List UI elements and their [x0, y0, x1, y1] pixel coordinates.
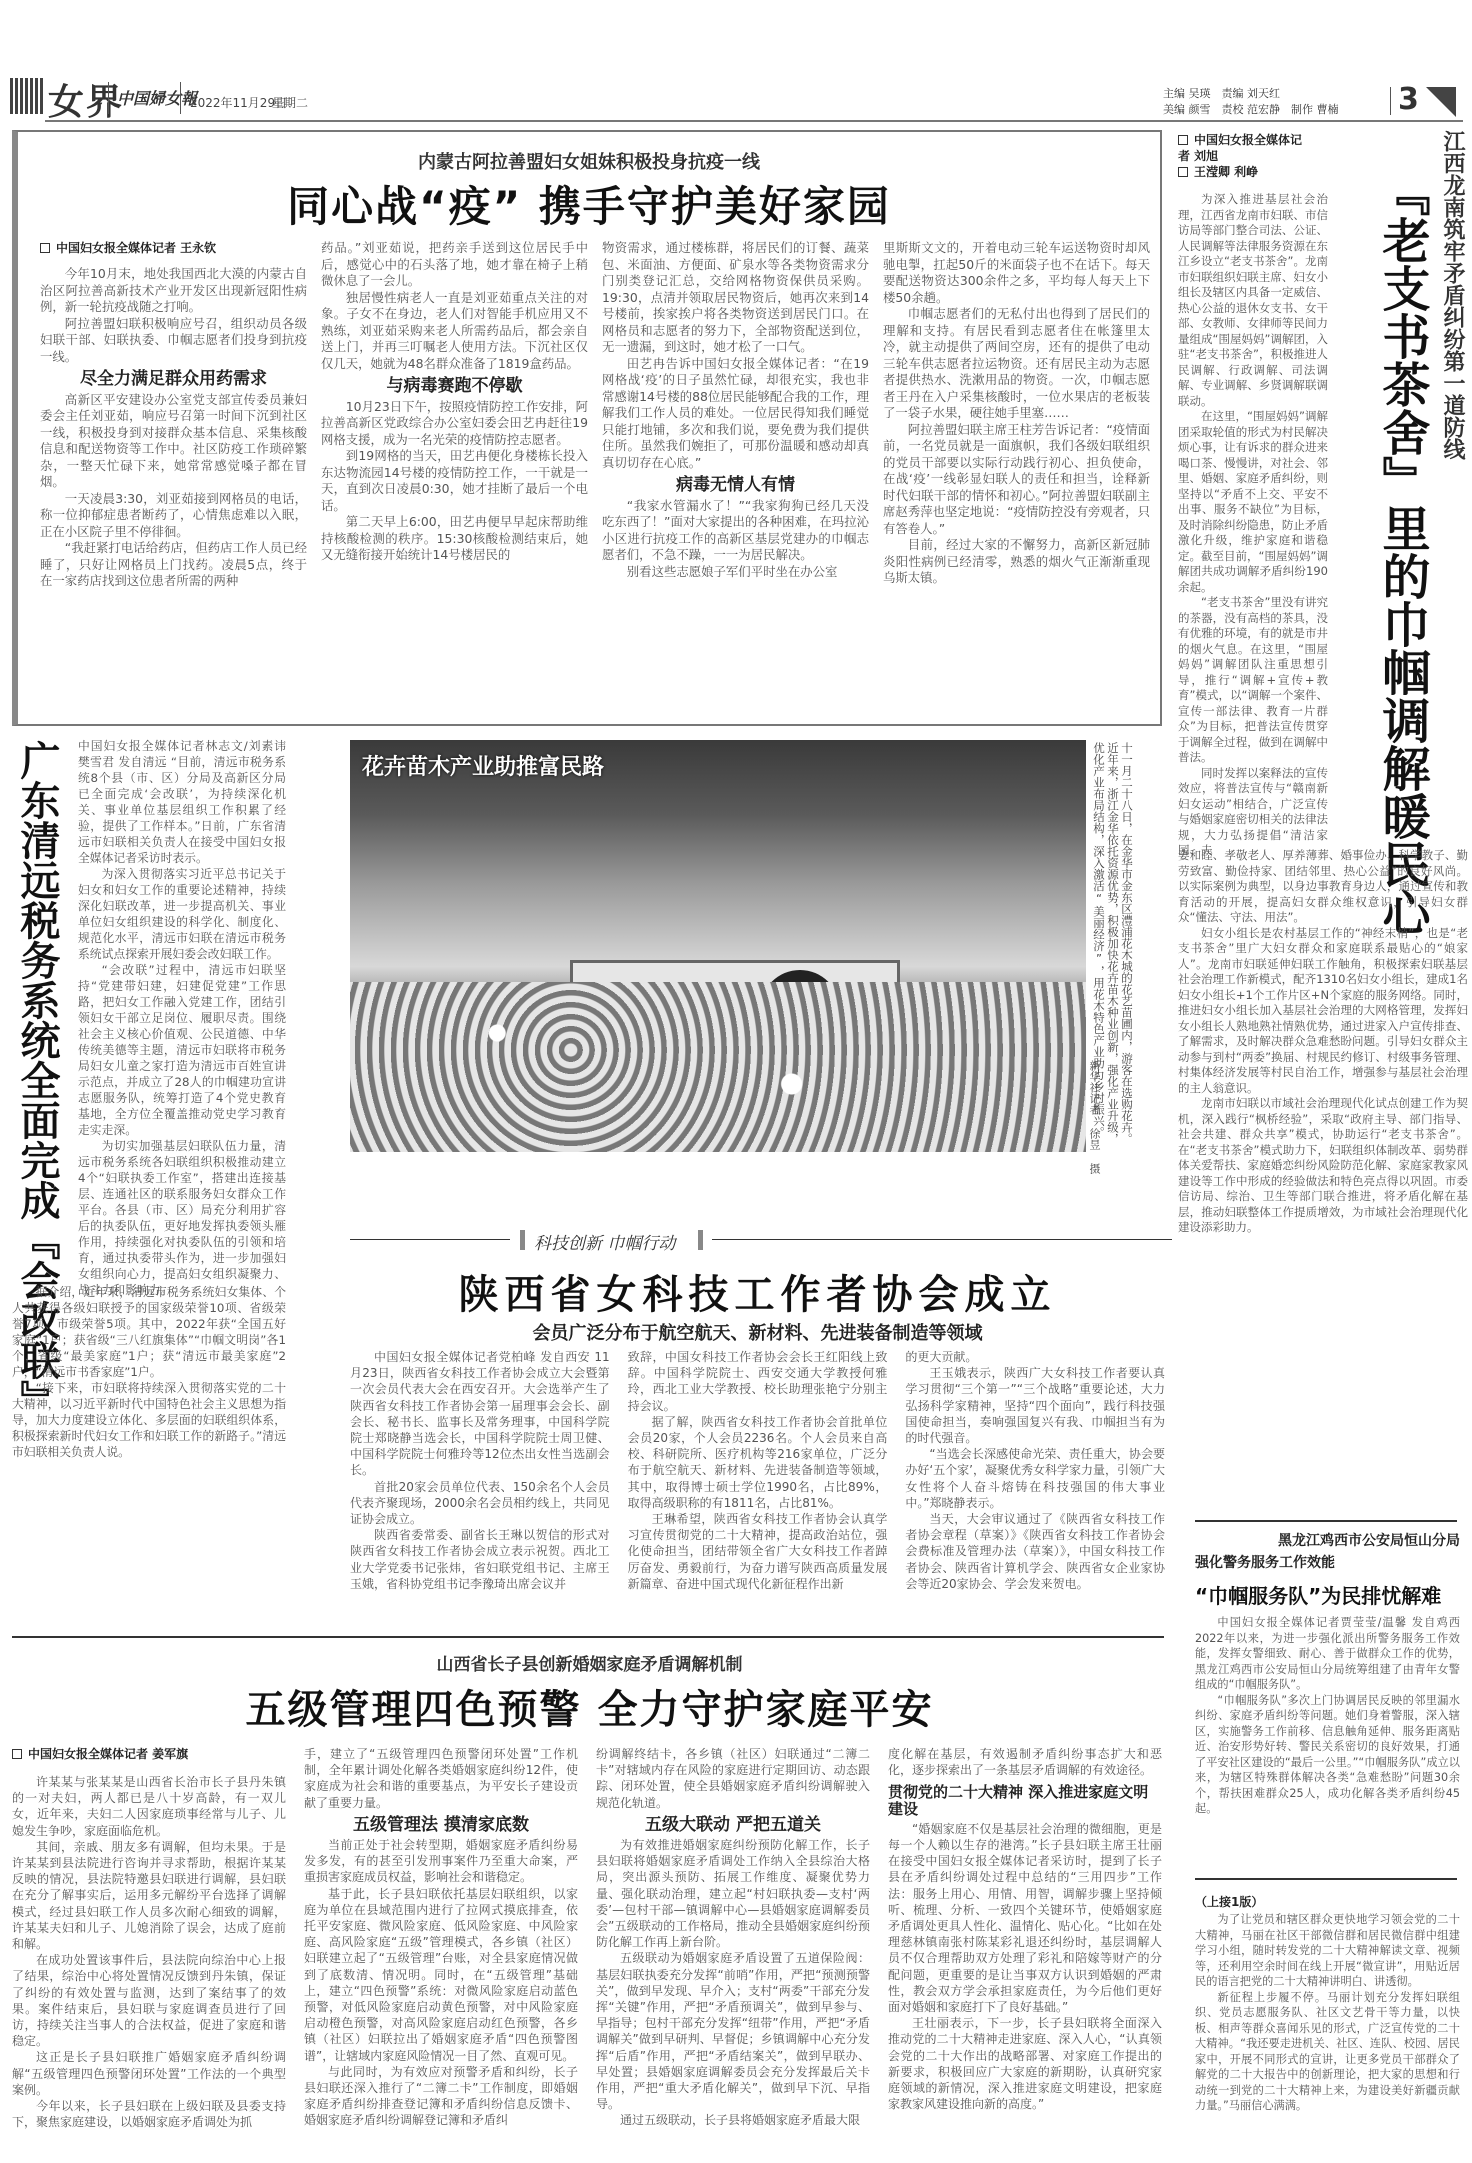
column-1: 中国妇女报全媒体记者党柏峰 发自西安 11月23日，陕西省女科技工作者协会成立大…	[350, 1349, 610, 1592]
subheading: 贯彻党的二十大精神 深入推进家庭文明建设	[888, 1784, 1162, 1816]
kicker-rule-left	[350, 1239, 510, 1240]
article-body: 为了让党员和辖区群众更快地学习领会党的二十大精神，马丽在社区干部微信群和居民微信…	[1195, 1912, 1460, 2114]
divider	[180, 82, 181, 114]
article-jiangxi: 中国妇女报全媒体记者 刘旭 王滢卿 利峥 江西龙南筑牢矛盾纠纷第一道防线 『老支…	[1178, 130, 1468, 1260]
article-headline: 五级管理四色预警 全力守护家庭平安	[12, 1678, 1167, 1735]
square-bullet-icon	[12, 1749, 22, 1759]
article-kicker: 内蒙古阿拉善盟妇女姐妹积极投身抗疫一线	[18, 148, 1160, 174]
qr-code-icon[interactable]	[10, 78, 44, 114]
page-number: 3	[1398, 82, 1419, 117]
article-kicker: 江西龙南筑牢矛盾纠纷第一道防线	[1440, 130, 1466, 460]
article-body: 中国妇女报全媒体记者 姜军旗 许某某与张某某是山西省长治市长子县丹朱镇的一对夫妇…	[12, 1746, 1162, 2130]
subheading: 尽全力满足群众用药需求	[40, 371, 307, 388]
article-kicker-2: 强化警务服务工作效能	[1195, 1552, 1460, 1572]
section-rule	[1195, 1520, 1457, 1522]
byline: 中国妇女报全媒体记者 姜军旗	[12, 1746, 286, 1762]
article-headline: 同心战“疫” 携手守护美好家园	[18, 174, 1160, 234]
article-headline: “巾帼服务队”为民排忧解难	[1195, 1580, 1460, 1609]
article-body: 中国妇女报全媒体记者 王永钦 今年10月末，地处我国西北大漠的内蒙古自治区阿拉善…	[40, 240, 1150, 720]
credits-line-2: 美编 颜雪 责校 范宏静 制作 曹楠	[1163, 101, 1339, 117]
section-title: 女界	[48, 74, 124, 125]
continued-label: （上接1版）	[1195, 1893, 1460, 1910]
section-rule	[1195, 1878, 1457, 1880]
section-rule	[12, 1636, 1164, 1638]
article-body: 中国妇女报全媒体记者党柏峰 发自西安 11月23日，陕西省女科技工作者协会成立大…	[350, 1349, 1165, 1592]
header-rule	[45, 120, 1463, 122]
photo-credit: 新华社记者 徐昱 摄	[1086, 1060, 1102, 1174]
subheading: 五级管理法 摸清家底数	[304, 1817, 578, 1833]
column-1: 中国妇女报全媒体记者 王永钦 今年10月末，地处我国西北大漠的内蒙古自治区阿拉善…	[40, 240, 307, 720]
article-body: 中国妇女报全媒体记者贾莹莹/温馨 发自鸡西 2022年以来，为进一步强化派出所警…	[1195, 1615, 1460, 1817]
kicker-bar-left	[520, 1230, 525, 1250]
article-headline: 『老支书茶舍』里的巾帼调解暖民心	[1376, 168, 1428, 936]
article-subheadline: 会员广泛分布于航空航天、新材料、先进装备制造等领域	[350, 1319, 1165, 1345]
column-3: 的更大贡献。王玉娥表示，陕西广大女科技工作者要认真学习贯彻“三个第一”“三个战略…	[905, 1349, 1165, 1592]
divider	[108, 82, 109, 114]
column-2: 手，建立了“五级管理四色预警闭环处置”工作机制，全年累计调处化解各类婚姻家庭纠纷…	[304, 1746, 578, 2130]
square-bullet-icon	[1178, 135, 1188, 145]
article-body-wide: 妻和睦、孝敬老人、厚养薄葬、婚事俭办、科学教子、勤劳致富、勤俭持家、团结邻里、热…	[1178, 848, 1468, 1236]
article-kicker: 山西省长子县创新婚姻家庭矛盾调解机制	[12, 1650, 1167, 1675]
paper-logo: 中国婦女報	[117, 86, 197, 109]
article-continued: （上接1版） 为了让党员和辖区群众更快地学习领会党的二十大精神，马丽在社区干部微…	[1195, 1893, 1460, 2114]
square-bullet-icon	[1178, 167, 1188, 177]
divider	[1390, 87, 1391, 115]
article-body-wide: 据介绍，近年来，清远市税务系统妇女集体、个人共获得各级妇联授予的国家级荣誉10项…	[12, 1284, 286, 1460]
article-kicker-1: 黑龙江鸡西市公安局恒山分局	[1195, 1530, 1460, 1550]
corner-triangle-icon	[1426, 87, 1456, 117]
article-guangdong: 广东清远税务系统全面完成『会改联』 中国妇女报全媒体记者林志文/刘素讳 樊雪君 …	[12, 738, 282, 1638]
news-photo[interactable]: 花卉苗木产业助推富民路	[350, 740, 1086, 1152]
column-1: 中国妇女报全媒体记者 姜军旗 许某某与张某某是山西省长治市长子县丹朱镇的一对夫妇…	[12, 1746, 286, 2130]
article-shaanxi: 科技创新 巾帼行动 陕西省女科技工作者协会成立 会员广泛分布于航空航天、新材料、…	[290, 1215, 1165, 1645]
article-inner-mongolia: 内蒙古阿拉善盟妇女姐妹积极投身抗疫一线 同心战“疫” 携手守护美好家园 中国妇女…	[12, 130, 1162, 726]
column-2: 药品。”刘亚茹说，把药亲手送到这位居民手中后，感觉心中的石头落了地，她才靠在椅子…	[321, 240, 588, 720]
subheading: 五级大联动 严把五道关	[596, 1817, 870, 1833]
column-2: 致辞，中国女科技工作者协会会长王红阳线上致辞。中国科学院院士、西安交通大学教授何…	[628, 1349, 888, 1592]
column-3: 物资需求，通过楼栋群，将居民们的订餐、蔬菜包、米面油、方便面、矿泉水等各类物资需…	[602, 240, 869, 720]
credits-line-1: 主编 吴瑛 责编 刘天红	[1163, 85, 1280, 101]
square-bullet-icon	[40, 243, 50, 253]
article-shanxi: 山西省长子县创新婚姻家庭矛盾调解机制 五级管理四色预警 全力守护家庭平安 中国妇…	[12, 1642, 1167, 2162]
article-kicker: 科技创新 巾帼行动	[534, 1229, 675, 1254]
subheading: 与病毒赛跑不停歇	[321, 378, 588, 395]
article-body: 中国妇女报全媒体记者林志文/刘素讳 樊雪君 发自清远 “目前，清远市税务系统8个…	[78, 738, 286, 1298]
photo-title: 花卉苗木产业助推富民路	[362, 750, 604, 781]
subheading: 病毒无情人有情	[602, 477, 869, 494]
article-heilongjiang: 黑龙江鸡西市公安局恒山分局 强化警务服务工作效能 “巾帼服务队”为民排忧解难 中…	[1195, 1530, 1460, 1830]
column-4: 里斯斯文文的，开着电动三轮车运送物资时却风驰电掣，扛起50斤的米面袋子也不在话下…	[883, 240, 1150, 720]
photo-flowers	[350, 982, 1086, 1152]
byline: 中国妇女报全媒体记者 刘旭 王滢卿 利峥	[1178, 132, 1308, 180]
weekday: 星期二	[272, 94, 308, 111]
article-headline: 陕西省女科技工作者协会成立	[350, 1263, 1165, 1320]
kicker-bar-right	[698, 1230, 703, 1250]
column-4: 度化解在基层，有效遏制矛盾纠纷事态扩大和恶化，逐步探索出了一条基层矛盾调解的有效…	[888, 1746, 1162, 2130]
kicker-rule-right	[712, 1239, 1172, 1240]
masthead: 女界 中国婦女報 2022年11月29日 星期二 主编 吴瑛 责编 刘天红 美编…	[0, 0, 1472, 130]
column-3: 纷调解终结卡，各乡镇（社区）妇联通过“二簿二卡”对辖域内存在风险的家庭进行定期回…	[596, 1746, 870, 2130]
byline: 中国妇女报全媒体记者 王永钦	[40, 240, 307, 256]
article-body-narrow: 为深入推进基层社会治理，江西省龙南市妇联、市信访局等部门整合司法、公证、人民调解…	[1178, 192, 1328, 859]
